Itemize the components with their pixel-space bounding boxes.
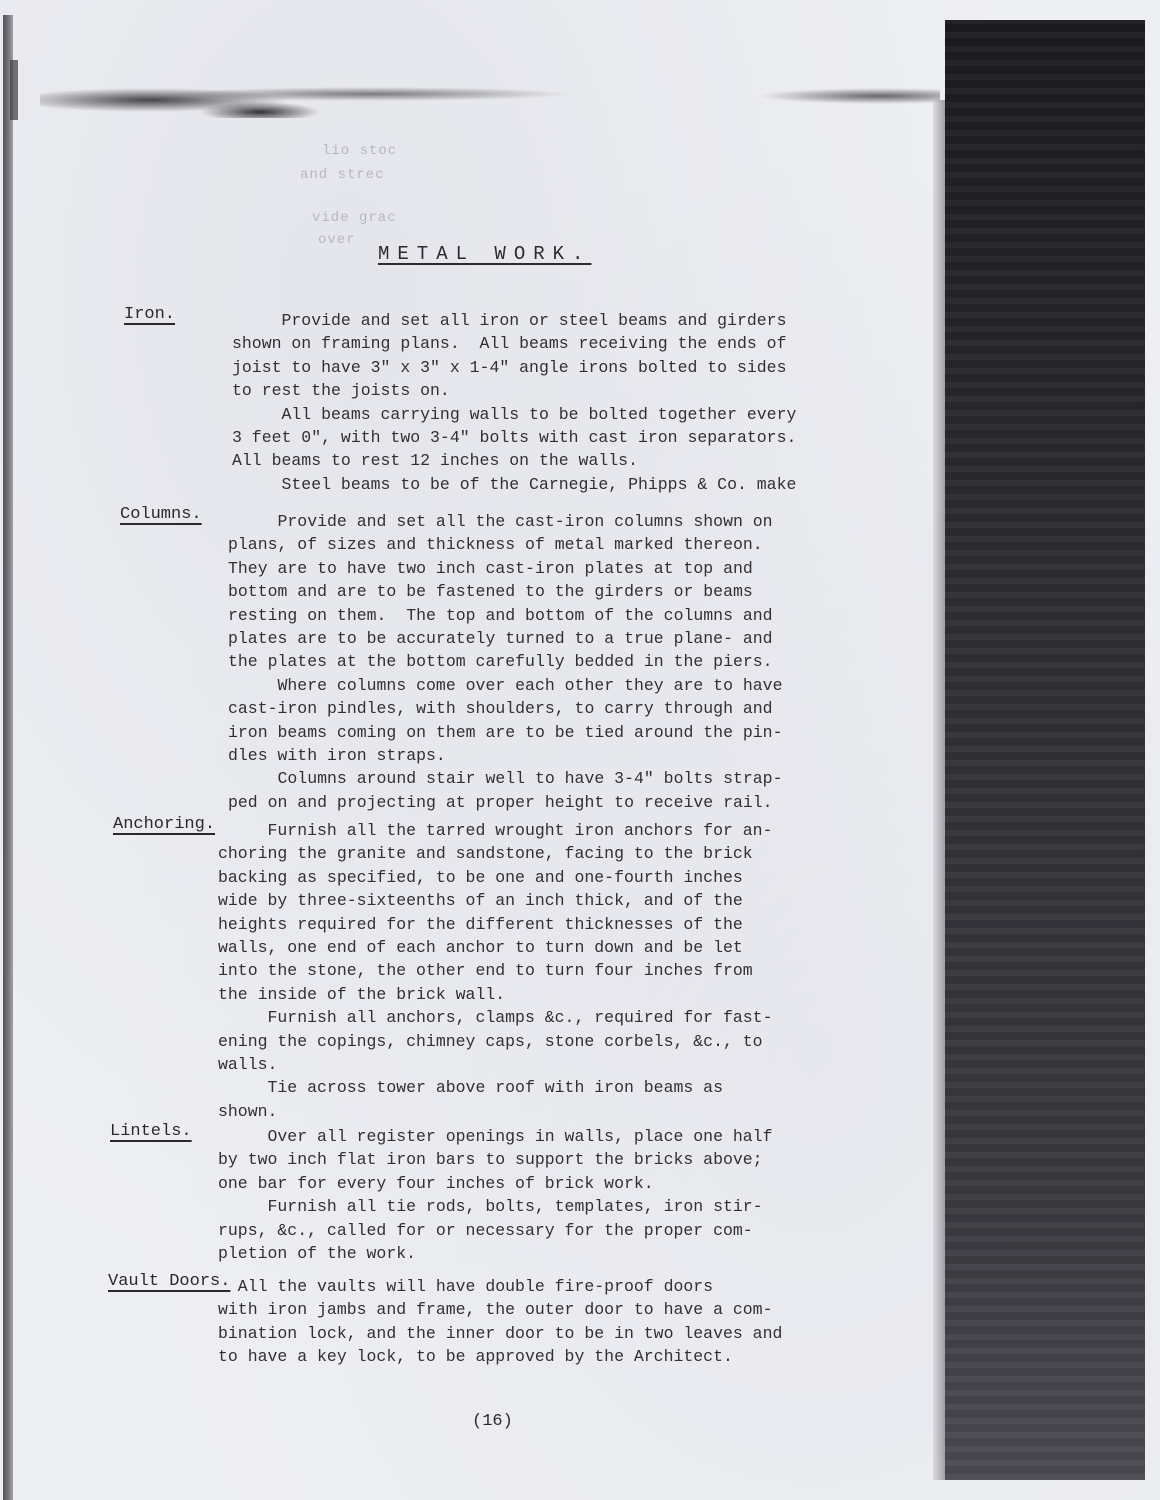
text-line: into the stone, the other end to turn fo…: [218, 959, 773, 982]
text-line: Over all register openings in walls, pla…: [218, 1125, 773, 1148]
text-line: All the vaults will have double fire-pro…: [218, 1275, 782, 1298]
section-label-vault-doors: Vault Doors.: [108, 1272, 230, 1291]
top-scan-smudge: [40, 82, 940, 118]
text-line: backing as specified, to be one and one-…: [218, 866, 773, 889]
text-line: shown.: [218, 1100, 773, 1123]
page-number: (16): [472, 1412, 513, 1431]
section-body-anchoring: Furnish all the tarred wrought iron anch…: [218, 819, 773, 1123]
text-line: ening the copings, chimney caps, stone c…: [218, 1030, 773, 1053]
text-line: Provide and set all iron or steel beams …: [232, 309, 796, 332]
text-line: bottom and are to be fastened to the gir…: [228, 580, 783, 603]
text-line: 3 feet 0", with two 3-4" bolts with cast…: [232, 426, 796, 449]
text-line: to have a key lock, to be approved by th…: [218, 1345, 782, 1368]
text-line: choring the granite and sandstone, facin…: [218, 842, 773, 865]
text-line: Where columns come over each other they …: [228, 674, 783, 697]
bleed-through-text: lio stoc: [322, 143, 397, 159]
text-line: Furnish all anchors, clamps &c., require…: [218, 1006, 773, 1029]
section-label-anchoring: Anchoring.: [113, 815, 215, 834]
text-line: Tie across tower above roof with iron be…: [218, 1076, 773, 1099]
text-line: cast-iron pindles, with shoulders, to ca…: [228, 697, 783, 720]
text-line: They are to have two inch cast-iron plat…: [228, 557, 783, 580]
text-line: with iron jambs and frame, the outer doo…: [218, 1298, 782, 1321]
text-line: walls.: [218, 1053, 773, 1076]
text-line: the plates at the bottom carefully bedde…: [228, 650, 783, 673]
text-line: wide by three-sixteenths of an inch thic…: [218, 889, 773, 912]
text-line: shown on framing plans. All beams receiv…: [232, 332, 796, 355]
section-label-lintels: Lintels.: [110, 1122, 192, 1141]
bleed-through-text: vide grac: [312, 210, 397, 226]
text-line: by two inch flat iron bars to support th…: [218, 1148, 773, 1171]
text-line: All beams to rest 12 inches on the walls…: [232, 449, 796, 472]
text-line: heights required for the different thick…: [218, 913, 773, 936]
section-label-columns: Columns.: [120, 505, 202, 524]
text-line: ped on and projecting at proper height t…: [228, 791, 783, 814]
text-line: the inside of the brick wall.: [218, 983, 773, 1006]
section-body-iron: Provide and set all iron or steel beams …: [232, 309, 796, 496]
text-line: dles with iron straps.: [228, 744, 783, 767]
right-dark-scan-band: [945, 20, 1145, 1480]
left-scan-edge: [3, 15, 13, 1500]
scanned-page: lio stoc and strec vide grac over METAL …: [0, 0, 1160, 1500]
text-line: rups, &c., called for or necessary for t…: [218, 1219, 773, 1242]
text-line: joist to have 3" x 3" x 1-4" angle irons…: [232, 356, 796, 379]
bleed-through-text: and strec: [300, 167, 385, 183]
text-line: pletion of the work.: [218, 1242, 773, 1265]
text-line: plans, of sizes and thickness of metal m…: [228, 533, 783, 556]
text-line: bination lock, and the inner door to be …: [218, 1322, 782, 1345]
text-line: Columns around stair well to have 3-4" b…: [228, 767, 783, 790]
page-title: METAL WORK.: [378, 243, 591, 265]
text-line: Steel beams to be of the Carnegie, Phipp…: [232, 473, 796, 496]
section-body-vault-doors: All the vaults will have double fire-pro…: [218, 1275, 782, 1369]
left-scan-notch: [10, 60, 18, 120]
text-line: plates are to be accurately turned to a …: [228, 627, 783, 650]
text-line: iron beams coming on them are to be tied…: [228, 721, 783, 744]
text-line: Furnish all the tarred wrought iron anch…: [218, 819, 773, 842]
section-label-iron: Iron.: [124, 305, 175, 324]
text-line: resting on them. The top and bottom of t…: [228, 604, 783, 627]
section-body-columns: Provide and set all the cast-iron column…: [228, 510, 783, 814]
section-body-lintels: Over all register openings in walls, pla…: [218, 1125, 773, 1265]
text-line: Provide and set all the cast-iron column…: [228, 510, 783, 533]
text-line: Furnish all tie rods, bolts, templates, …: [218, 1195, 773, 1218]
text-line: one bar for every four inches of brick w…: [218, 1172, 773, 1195]
text-line: walls, one end of each anchor to turn do…: [218, 936, 773, 959]
text-line: All beams carrying walls to be bolted to…: [232, 403, 796, 426]
text-line: to rest the joists on.: [232, 379, 796, 402]
bleed-through-text: over: [318, 232, 356, 248]
